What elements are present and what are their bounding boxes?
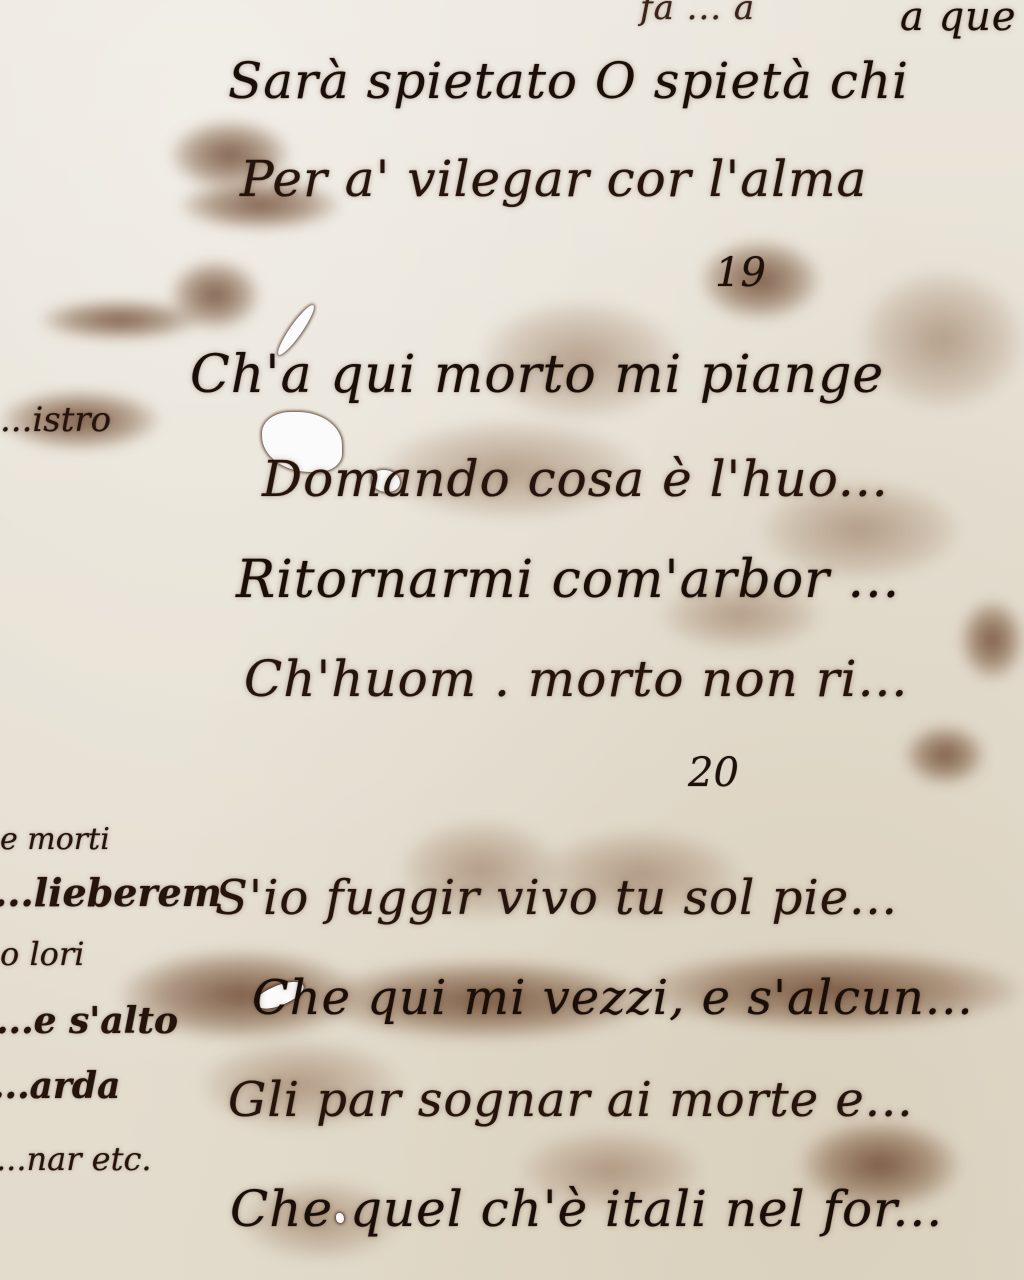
stanza-20-line-3: Gli par sognar ai morte e...: [228, 1072, 914, 1128]
stanza-20-line-2: Che qui mi vezzi, e s'alcun...: [252, 970, 974, 1026]
ink-stain: [960, 600, 1024, 680]
ink-stain: [860, 270, 1024, 410]
stanza-number-20: 20: [688, 750, 739, 796]
margin-note: o lori: [0, 935, 84, 973]
stanza-19-line-2: Domando cosa è l'huo...: [262, 450, 889, 508]
stanza-19-line-3: Ritornarmi com'arbor ...: [236, 550, 900, 610]
stanza-20-line-4: Che quel ch'è itali nel for...: [230, 1180, 943, 1238]
stanza-18-line-2: Per a' vilegar cor l'alma: [240, 150, 867, 208]
margin-note-upper: ...istro: [0, 400, 111, 440]
ink-stain: [170, 260, 260, 330]
margin-note: ...nar etc.: [0, 1140, 152, 1178]
top-fragment-right: a que: [900, 0, 1017, 40]
margin-note: ...lieberem: [0, 870, 222, 915]
stanza-20-line-1: S'io fuggir vivo tu sol pie...: [215, 870, 898, 926]
margin-note: ...arda: [0, 1065, 120, 1107]
stanza-18-line-1: Sarà spietato O spietà chi: [228, 52, 909, 110]
top-fragment-left: fa ... a: [640, 0, 755, 28]
margin-note: e morti: [0, 822, 110, 857]
stanza-19-line-4: Ch'huom . morto non ri...: [244, 650, 908, 708]
manuscript-page: fa ... a a que Sarà spietato O spietà ch…: [0, 0, 1024, 1280]
ink-stain: [905, 725, 985, 785]
stanza-number-19: 19: [715, 250, 766, 296]
margin-note: ...e s'alto: [0, 1000, 178, 1042]
stanza-19-line-1: Ch'a qui morto mi piange: [190, 345, 884, 405]
